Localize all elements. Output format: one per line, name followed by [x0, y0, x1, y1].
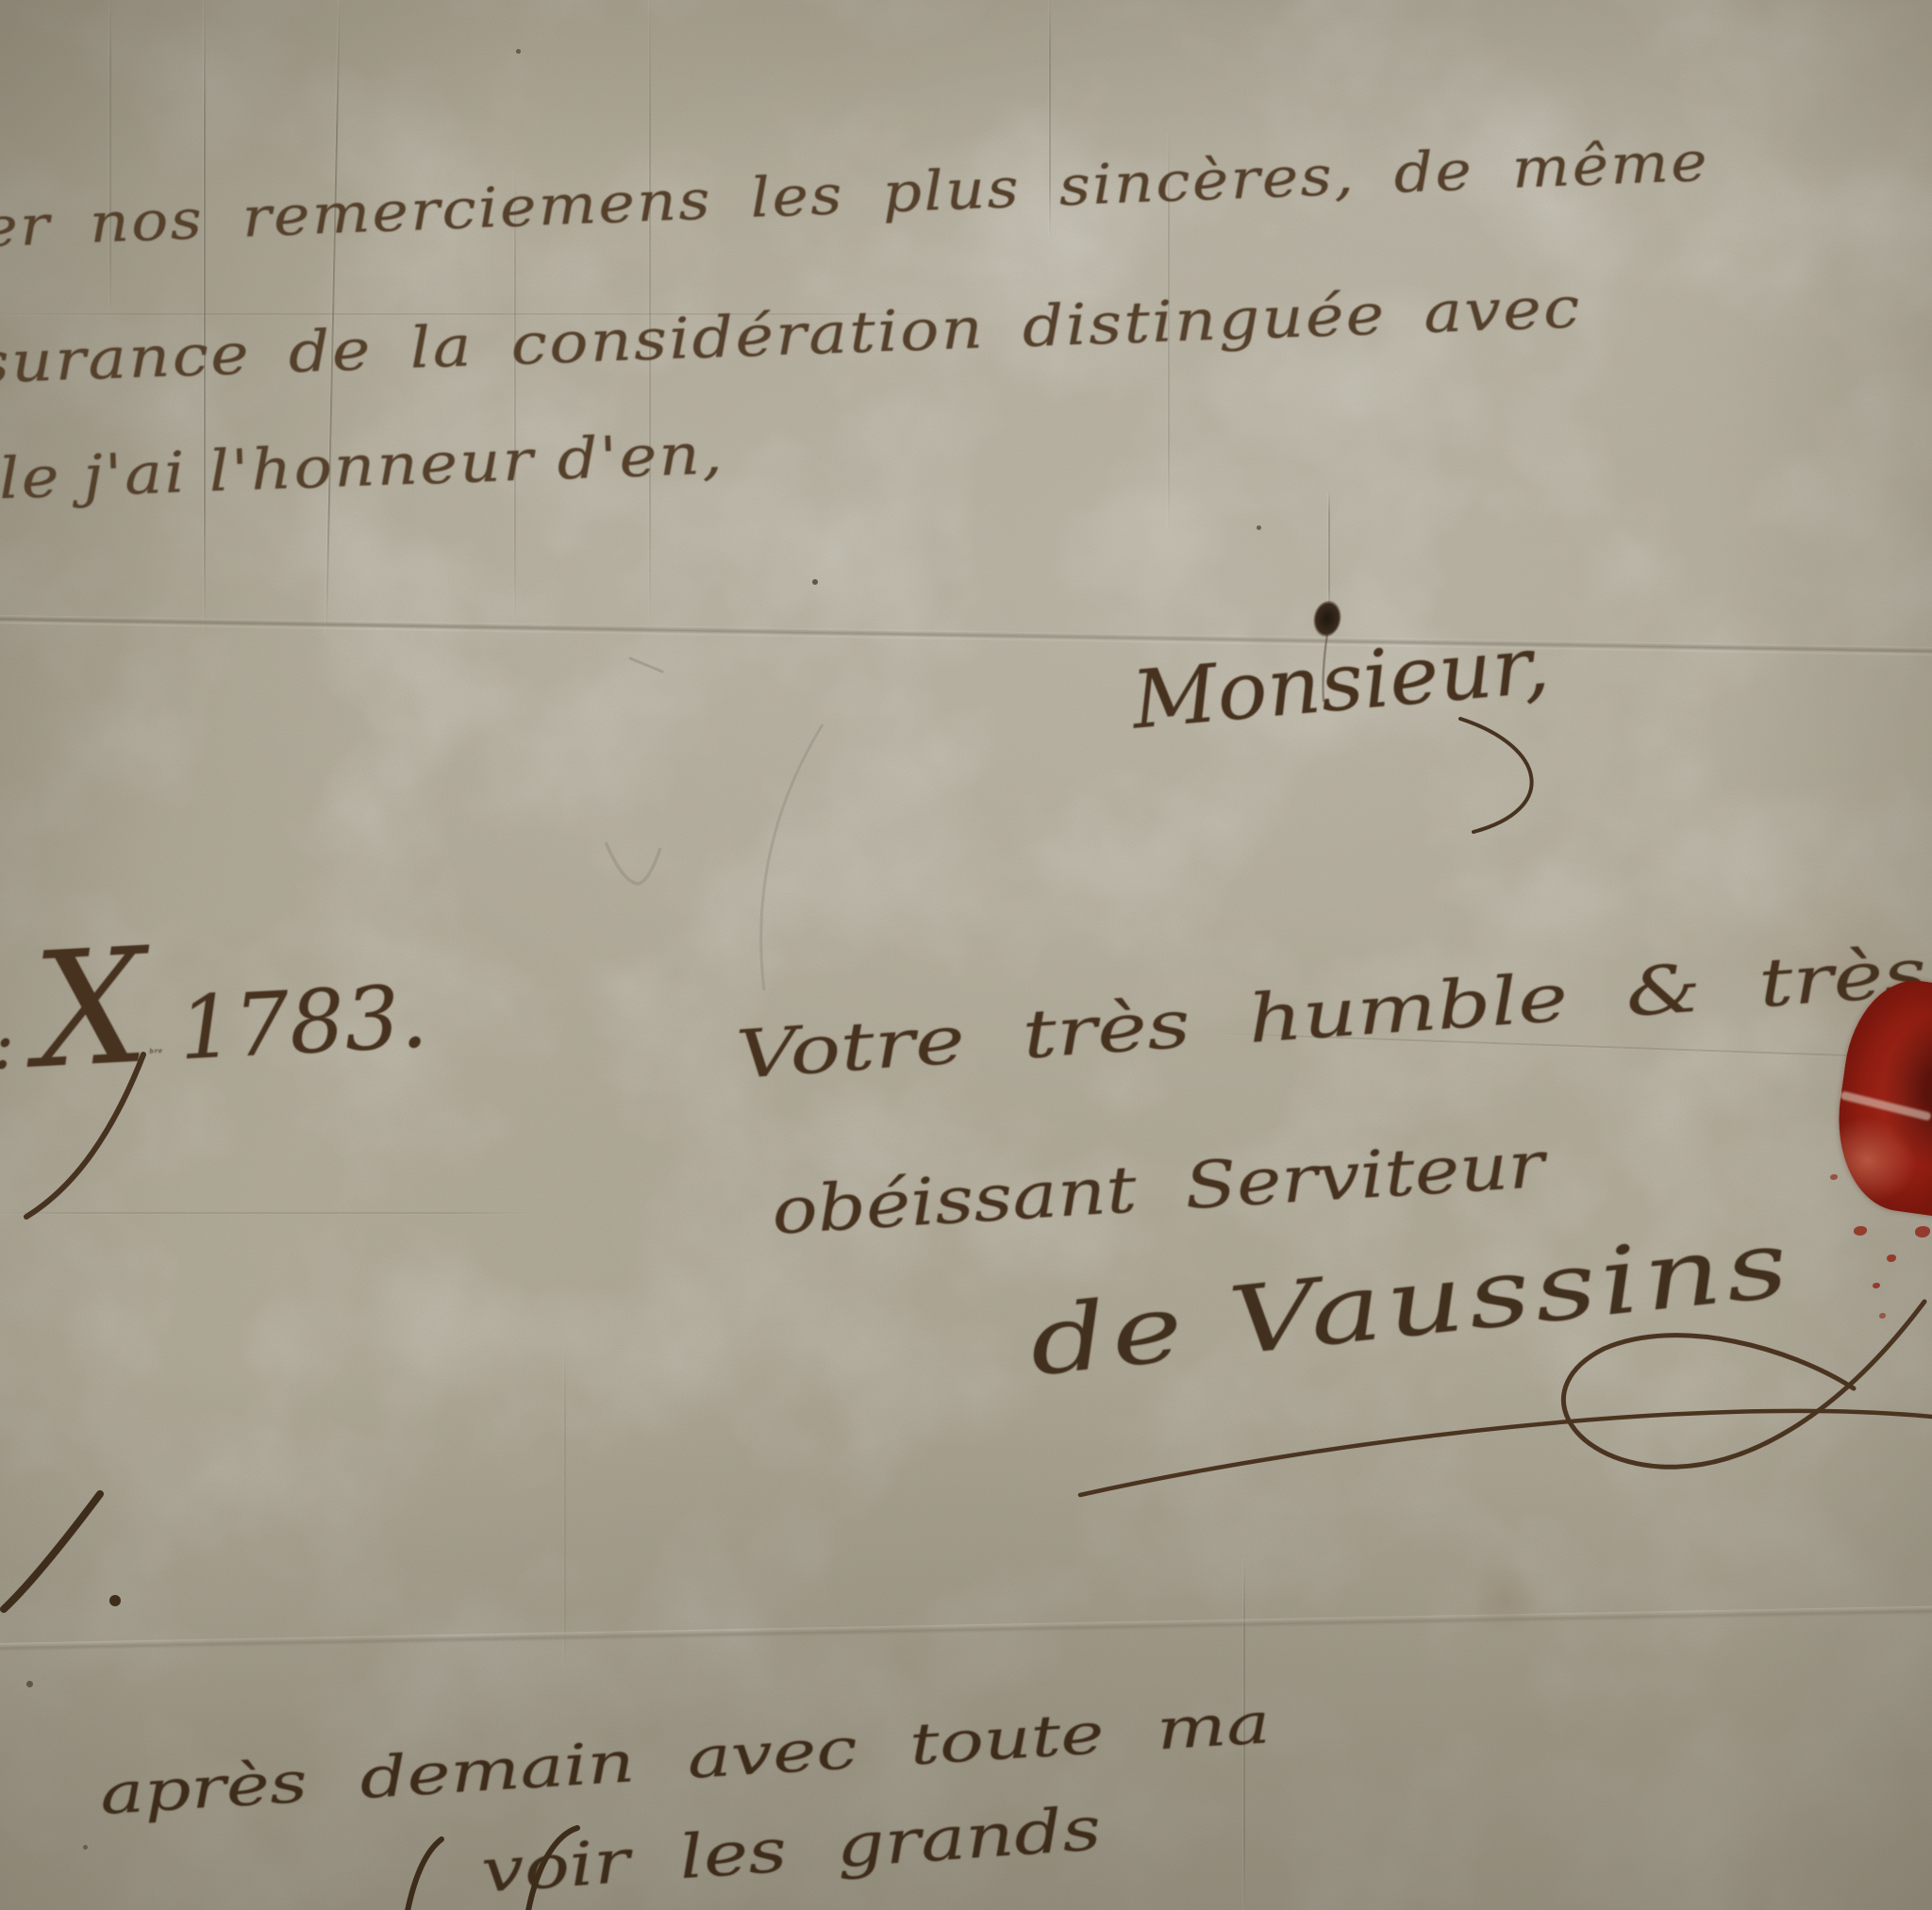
- closing-line-2: obéissant Serviteur: [770, 1128, 1546, 1250]
- dust-speck: [812, 579, 818, 585]
- date-month-symbol: X: [29, 913, 152, 1104]
- wax-speck: [1915, 1226, 1930, 1237]
- dust-speck: [83, 1845, 88, 1850]
- wax-speck: [1887, 1254, 1896, 1262]
- wax-speck: [1854, 1226, 1867, 1236]
- wax-speck: [1879, 1313, 1886, 1319]
- vertical-crease: [204, 0, 206, 630]
- dust-speck: [26, 1681, 33, 1687]
- vertical-crease: [564, 1349, 566, 1669]
- vertical-crease: [109, 0, 111, 311]
- date-line: : Xbre1783.: [0, 966, 430, 1089]
- letter-photograph: ier nos remerciemens les plus sincères, …: [0, 0, 1932, 1910]
- main-horizontal-fold: [0, 615, 1932, 657]
- date-year: 1783.: [176, 966, 430, 1080]
- postscript-line-2: voir les grands: [479, 1794, 1104, 1907]
- vertical-crease-crack: [1328, 490, 1330, 613]
- horizontal-crease: [0, 1212, 528, 1214]
- paper-stain: [1472, 1561, 1538, 1636]
- closing-line-1: Votre très humble & très: [734, 934, 1929, 1094]
- date-superscript: bre: [149, 1047, 163, 1055]
- ink-blot: [1310, 598, 1344, 640]
- handwriting-line-1: ier nos remerciemens les plus sincères, …: [0, 129, 1710, 260]
- wax-speck: [1873, 1283, 1880, 1288]
- signature: de Vaussins: [1024, 1210, 1797, 1397]
- vertical-crease: [325, 0, 341, 634]
- date-prefix: :: [0, 1004, 38, 1085]
- bottom-horizontal-fold: [0, 1605, 1932, 1652]
- wax-speck: [1830, 1174, 1838, 1180]
- handwriting-line-2: ssurance de la considération distinguée …: [0, 274, 1583, 398]
- dust-speck: [1257, 525, 1261, 530]
- dust-speck: [516, 49, 521, 54]
- handwriting-line-3: lle j'ai l'honneur d'en,: [0, 421, 725, 513]
